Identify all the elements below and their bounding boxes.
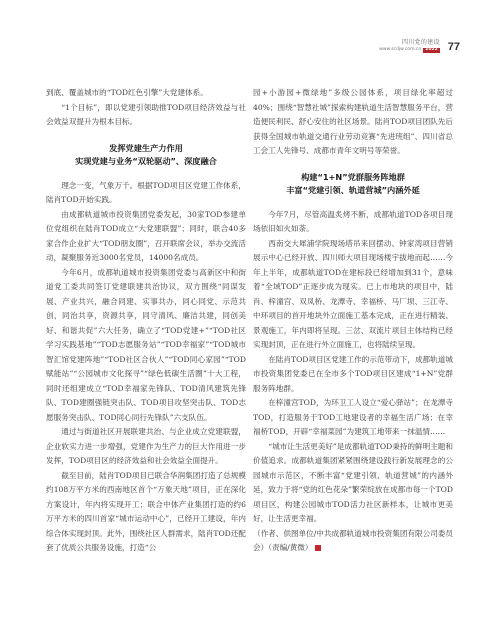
paragraph: 今年6月，成都轨道城市投资集团党委与高新区中和街道党工委共同签订党建联建共治协议…: [46, 266, 246, 426]
magazine-url: www.scdjw.com.cn: [379, 48, 421, 53]
page-number: 77: [448, 42, 460, 53]
paragraph: 西南交大犀浦学院现场塔吊来回摆动、钟家湾项目营销展示中心已经开放、四川师大项目现…: [253, 237, 453, 353]
paragraph: 今年7月，尽管高温炙烤不断，成都轨道TOD各项目现场依旧如火如荼。: [253, 208, 453, 237]
byline: （作者、供图单位/中共成都轨道城市投资集团有限公司委员会）（责编/黄微）: [253, 527, 453, 556]
paragraph: “城市让生活更美好”是成都轨道TOD秉持的鲜明主题和价值追求。成都轨道集团紧紧围…: [253, 440, 453, 527]
end-mark-icon: [315, 545, 321, 551]
section-heading-line: 构建“1+N”党群服务阵地群: [253, 171, 453, 184]
paragraph: 在梓潼宫TOD，为环卫工人设立“爱心驿站”；在龙潭寺TOD，打造服务于TOD工地…: [253, 396, 453, 440]
page-header: 四川党的建设 www.scdjw.com.cn 2022 77: [379, 40, 460, 53]
paragraph: “1个目标”，即以党建引领助推TOD项目经济效益与社会效益双提升为根本目标。: [46, 101, 246, 130]
right-column: 园+小游园+微绿地”多级公园体系，项目绿化率超过40%；围绕“智慧社城”探索构建…: [253, 86, 453, 556]
paragraph: 通过与街道社区开展联建共治、与企业成立党建联盟，企业软实力进一步增强，党建作为生…: [46, 425, 246, 469]
section-heading-line: 丰富“党建引领、轨道营城”内涵外延: [253, 184, 453, 197]
section-heading-1: 发挥党建生产力作用 实现党建与业务“双轮驱动”、深度融合: [46, 142, 246, 168]
year-badge: 2022: [423, 48, 440, 53]
paragraph: 由成都轨道城市投资集团党委发起，30家TOD参建单位党组织在陆肖TOD成立“大党…: [46, 208, 246, 266]
paragraph: 到底、覆盖城市的“TOD红色引擎”大党建体系。: [46, 86, 246, 101]
magazine-brand: 四川党的建设 www.scdjw.com.cn 2022: [379, 40, 440, 53]
section-heading-line: 实现党建与业务“双轮驱动”、深度融合: [46, 155, 246, 168]
magazine-title: 四川党的建设: [402, 40, 440, 46]
paragraph: 理念一变，气象万千。根据TOD项目区党建工作体系，陆肖TOD开始实践。: [46, 179, 246, 208]
byline-text: （作者、供图单位/中共成都轨道城市投资集团有限公司委员会）（责编/黄微）: [253, 529, 453, 553]
section-heading-line: 发挥党建生产力作用: [46, 142, 246, 155]
section-heading-2: 构建“1+N”党群服务阵地群 丰富“党建引领、轨道营城”内涵外延: [253, 171, 453, 197]
paragraph: 在陆肖TOD项目区党建工作的示范带动下，成都轨道城市投资集团党委已在全市多个TO…: [253, 353, 453, 397]
brand-row: www.scdjw.com.cn 2022: [379, 48, 440, 53]
paragraph: 园+小游园+微绿地”多级公园体系，项目绿化率超过40%；围绕“智慧社城”探索构建…: [253, 86, 453, 159]
left-column: 到底、覆盖城市的“TOD红色引擎”大党建体系。 “1个目标”，即以党建引领助推T…: [46, 86, 246, 556]
paragraph: 截至目前，陆肖TOD项目已联合华润集团打造了总规模约108万平方米的西南地区首个…: [46, 469, 246, 556]
